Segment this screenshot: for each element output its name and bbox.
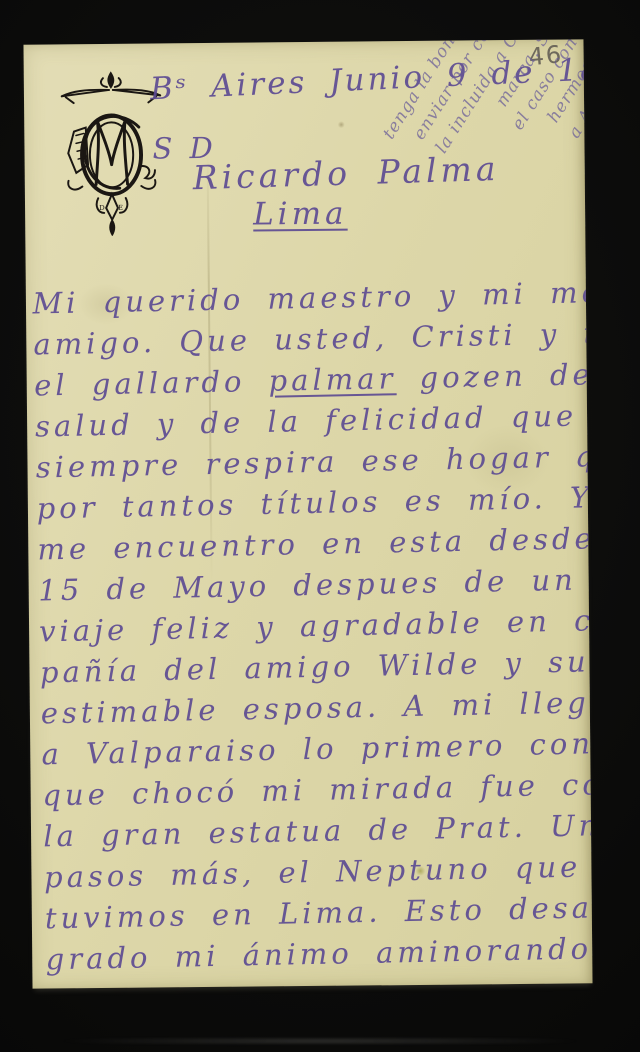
letter-paper: D E Bˢ Aires Junio 9 de 18 S D Ricardo P… — [23, 39, 592, 988]
monogram-letter-d: D — [99, 204, 105, 212]
scan-background: D E Bˢ Aires Junio 9 de 18 S D Ricardo P… — [0, 0, 640, 1052]
body-line-part: gozen de — [396, 357, 593, 395]
letter-body: Mi querido maestro y mi mejor amigo. Que… — [32, 273, 592, 981]
monogram-letter-e: E — [118, 204, 123, 212]
body-line-part: el gallardo — [34, 364, 269, 403]
scanner-streak — [60, 1038, 580, 1044]
underlined-word-palmar: palmar — [268, 361, 396, 398]
